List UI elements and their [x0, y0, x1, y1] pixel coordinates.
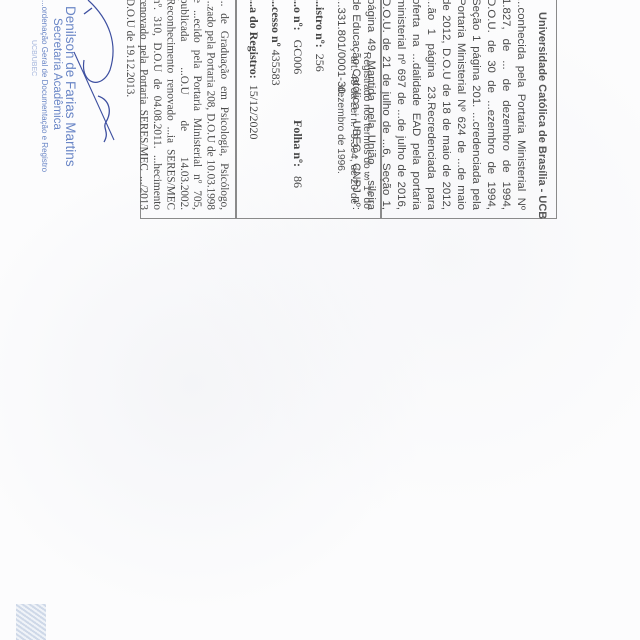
registro-label: ...istro nº: [313, 0, 327, 48]
signatory-org: UCB/UBEC [30, 40, 37, 76]
handwritten-signature-icon [70, 0, 130, 150]
processo-label: ...cesso nº [269, 0, 283, 47]
course-body: ... de Graduação em Psicologia, Psicólog… [123, 0, 230, 210]
course-cell: ... de Graduação em Psicologia, Psicólog… [140, 0, 237, 219]
registration-note: Registrado nos termos do § 1º do art. 48… [334, 50, 373, 210]
registration-cell: Registrado nos termos do § 1º do art. 48… [235, 0, 382, 219]
folha-label: Folha nº: [291, 120, 305, 167]
folha-field: Folha nº: 86 [290, 120, 305, 188]
livro-field: ...o nº: GC006 [290, 0, 305, 74]
institution-cell: Universidade Católica de Brasília - UCB … [380, 0, 557, 219]
registro-field: ...istro nº: 256 [312, 0, 327, 72]
folha-value: 86 [291, 176, 305, 188]
data-registro-field: ...a do Registro: 15/12/2020 [246, 0, 261, 139]
processo-value: 435583 [269, 50, 283, 86]
livro-value: GC006 [291, 40, 305, 75]
signatory-department: ...ordenação Geral de Documentação e Reg… [40, 0, 49, 172]
signatory-role: Secretaria Acadêmica [51, 18, 63, 130]
processo-field: ...cesso nº 435583 [268, 0, 283, 86]
registro-value: 256 [313, 54, 327, 72]
institution-title: Universidade Católica de Brasília - UCB [536, 12, 548, 219]
data-registro-value: 15/12/2020 [247, 85, 261, 140]
hologram-seal-icon [16, 604, 46, 640]
livro-label: ...o nº: [291, 0, 305, 31]
data-registro-label: ...a do Registro: [247, 0, 261, 79]
